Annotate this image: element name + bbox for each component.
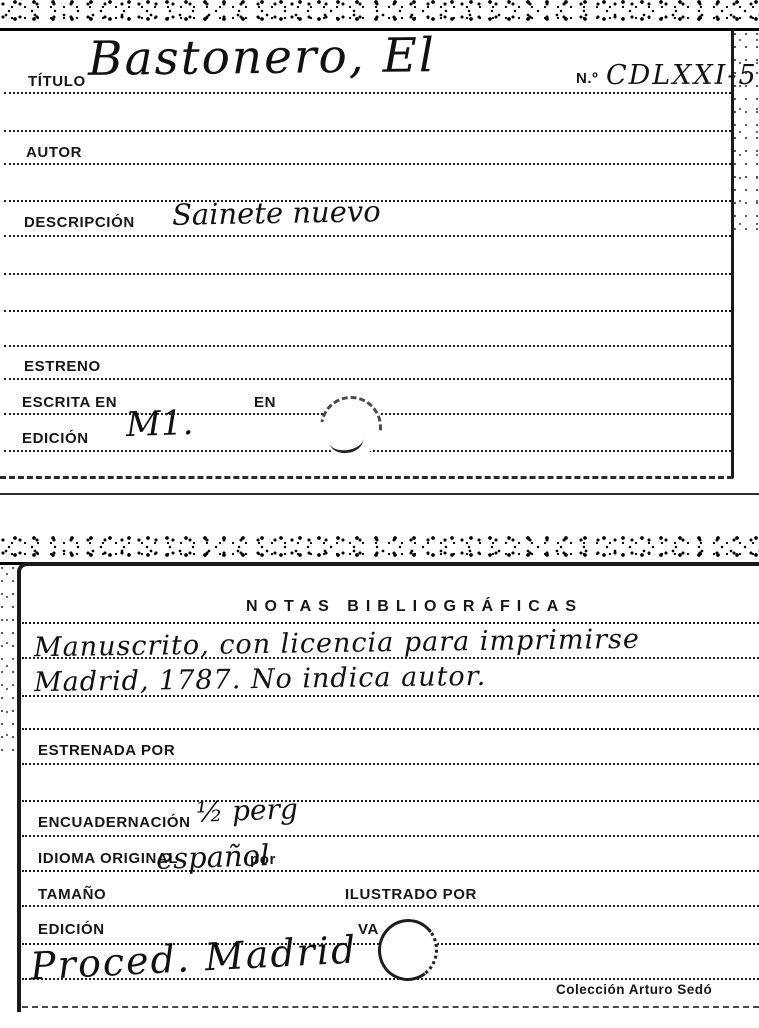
ruled-line: [22, 728, 759, 730]
ruled-line: [4, 345, 731, 347]
ruled-line: [4, 92, 731, 94]
ruled-line: [4, 273, 731, 275]
valor-label: VA: [358, 921, 379, 938]
titulo-label: TÍTULO: [28, 73, 86, 90]
descripcion-label: DESCRIPCIÓN: [24, 214, 135, 231]
numero-handwritten-value: CDLXXI-5: [606, 60, 758, 91]
titulo-handwritten-value: Bastonero, El: [88, 28, 436, 87]
hole-punch: [308, 384, 394, 470]
card-bottom-edge: [22, 1006, 759, 1008]
tamano-label: TAMAÑO: [38, 886, 106, 903]
scanned-catalog-card-page: TÍTULO N.º AUTOR DESCRIPCIÓN ESTRENO ESC…: [0, 0, 759, 1028]
encuadernacion-handwritten-value: ½ perg: [195, 792, 298, 829]
scan-separator-line: [0, 493, 759, 495]
scan-noise-band-middle: [0, 536, 759, 565]
ruled-line: [22, 905, 759, 907]
idioma-handwritten-value: español: [155, 838, 269, 876]
autor-label: AUTOR: [26, 144, 82, 161]
ruled-line: [22, 870, 759, 872]
ruled-line: [22, 800, 759, 802]
edicion-handwritten-value: M1.: [125, 403, 194, 445]
encuadernacion-label: ENCUADERNACIÓN: [38, 814, 191, 831]
notas-bibliograficas-heading: NOTAS BIBLIOGRÁFICAS: [246, 598, 583, 616]
descripcion-handwritten-value: Sainete nuevo: [172, 194, 381, 232]
edicion-label: EDICIÓN: [22, 430, 89, 447]
estrenada-por-label: ESTRENADA POR: [38, 742, 175, 759]
ilustrado-por-label: ILUSTRADO POR: [345, 886, 477, 903]
card-bottom-edge: [0, 476, 733, 479]
ruled-line: [4, 163, 731, 165]
collection-stamp: Colección Arturo Sedó: [556, 982, 712, 997]
card-right-border: [731, 30, 734, 478]
ruled-line: [22, 622, 759, 624]
ruled-line: [22, 763, 759, 765]
ruled-line: [4, 130, 731, 132]
scan-noise-band-top: [0, 0, 759, 31]
notas-handwritten-line2: Madrid, 1787. No indica autor.: [34, 661, 487, 698]
ruled-line: [22, 835, 759, 837]
ruled-line: [4, 310, 731, 312]
ruled-line: [4, 235, 731, 237]
en-label: EN: [254, 394, 276, 411]
escrita-en-label: ESCRITA EN: [22, 394, 117, 411]
estreno-label: ESTRENO: [24, 358, 101, 375]
scan-noise-left-edge: [0, 565, 15, 755]
edicion-back-label: EDICIÓN: [38, 921, 105, 938]
numero-label: N.º: [576, 70, 598, 87]
ruled-line: [4, 378, 731, 380]
